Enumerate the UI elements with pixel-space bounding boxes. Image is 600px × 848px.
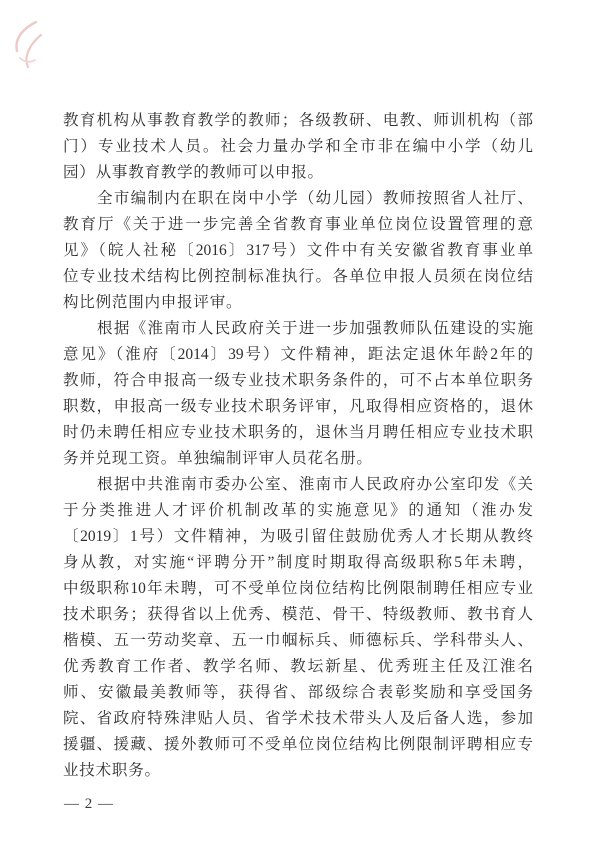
text-line: 优秀教育工作者、教学名师、教坛新星、优秀班主任及江淮名	[63, 654, 533, 680]
text-line: 职数，申报高一级专业技术职务评审，凡取得相应资格的，退休	[63, 394, 533, 420]
text-line: 园）从事教育教学的教师可以申报。	[63, 160, 533, 186]
text-line: 门）专业技术人员。社会力量办学和全市非在编中小学（幼儿	[63, 134, 533, 160]
text-line: 见》（皖人社秘〔2016〕317号）文件中有关安徽省教育事业单	[63, 238, 533, 264]
document-body: 教育机构从事教育教学的教师；各级教研、电教、师训机构（部门）专业技术人员。社会力…	[63, 108, 533, 784]
text-line: 教育机构从事教育教学的教师；各级教研、电教、师训机构（部	[63, 108, 533, 134]
text-line: 时仍未聘任相应专业技术职务的，退休当月聘任相应专业技术职	[63, 420, 533, 446]
text-line: 技术职务；获得省以上优秀、模范、骨干、特级教师、教书育人	[63, 602, 533, 628]
text-line: 教育厅《关于进一步完善全省教育事业单位岗位设置管理的意	[63, 212, 533, 238]
text-line: 中级职称10年未聘，可不受单位岗位结构比例限制聘任相应专业	[63, 576, 533, 602]
text-line: 于分类推进人才评价机制改革的实施意见》的通知（淮办发	[63, 498, 533, 524]
document-page: 教育机构从事教育教学的教师；各级教研、电教、师训机构（部门）专业技术人员。社会力…	[0, 0, 600, 848]
text-line: 教师，符合申报高一级专业技术职务条件的，可不占本单位职务	[63, 368, 533, 394]
text-line: 〔2019〕1号）文件精神，为吸引留住鼓励优秀人才长期从教终	[63, 524, 533, 550]
text-line: 师、安徽最美教师等，获得省、部级综合表彰奖励和享受国务	[63, 680, 533, 706]
text-line: 楷模、五一劳动奖章、五一巾帼标兵、师德标兵、学科带头人、	[63, 628, 533, 654]
text-line: 身从教，对实施“评聘分开”制度时期取得高级职称5年未聘，	[63, 550, 533, 576]
text-line: 援疆、援藏、援外教师可不受单位岗位结构比例限制评聘相应专	[63, 732, 533, 758]
red-pen-mark-icon	[6, 18, 50, 70]
text-line: 构比例范围内申报评审。	[63, 290, 533, 316]
text-line: 业技术职务。	[63, 758, 533, 784]
text-line: 院、省政府特殊津贴人员、省学术技术带头人及后备人选，参加	[63, 706, 533, 732]
page-number: — 2 —	[64, 795, 114, 813]
text-line: 根据中共淮南市委办公室、淮南市人民政府办公室印发《关	[63, 472, 533, 498]
text-line: 全市编制内在职在岗中小学（幼儿园）教师按照省人社厅、	[63, 186, 533, 212]
text-line: 意见》（淮府〔2014〕39号）文件精神，距法定退休年龄2年的	[63, 342, 533, 368]
text-line: 根据《淮南市人民政府关于进一步加强教师队伍建设的实施	[63, 316, 533, 342]
text-line: 位专业技术结构比例控制标准执行。各单位申报人员须在岗位结	[63, 264, 533, 290]
text-line: 务并兑现工资。单独编制评审人员花名册。	[63, 446, 533, 472]
